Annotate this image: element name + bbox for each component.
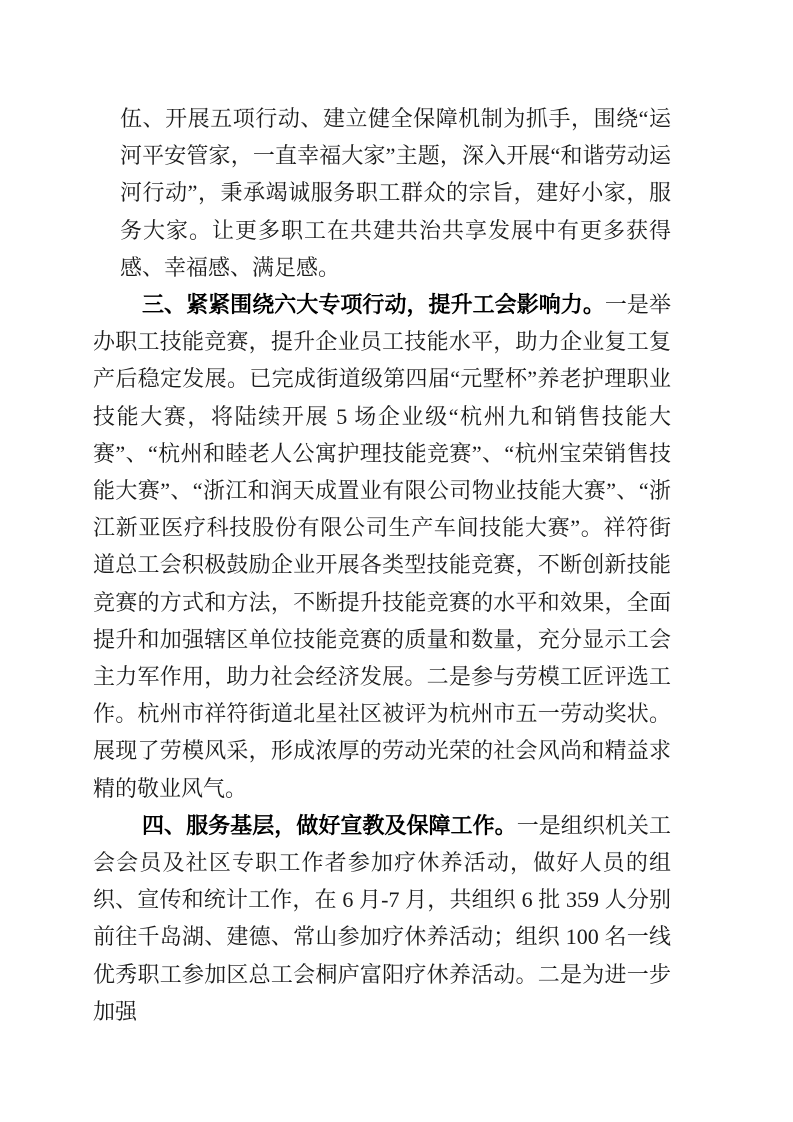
document-body: 伍、开展五项行动、建立健全保障机制为抓手，围绕“运河平安管家，一直幸福大家”主题… (93, 100, 671, 1030)
paragraph-section-three: 三、紧紧围绕六大专项行动，提升工会影响力。一是举办职工技能竞赛，提升企业员工技能… (93, 286, 671, 807)
document-page: 伍、开展五项行动、建立健全保障机制为抓手，围绕“运河平安管家，一直幸福大家”主题… (0, 0, 793, 1122)
section-four-body: 一是组织机关工会会员及社区专职工作者参加疗休养活动，做好人员的组织、宣传和统计工… (93, 813, 671, 1024)
section-three-body: 一是举办职工技能竞赛，提升企业员工技能水平，助力企业复工复产后稳定发展。已完成街… (93, 292, 671, 801)
paragraph-continuation: 伍、开展五项行动、建立健全保障机制为抓手，围绕“运河平安管家，一直幸福大家”主题… (120, 100, 671, 286)
paragraph-section-four: 四、服务基层，做好宣教及保障工作。一是组织机关工会会员及社区专职工作者参加疗休养… (93, 807, 671, 1030)
section-four-heading: 四、服务基层，做好宣教及保障工作。 (142, 813, 517, 838)
section-three-heading: 三、紧紧围绕六大专项行动，提升工会影响力。 (142, 292, 605, 317)
